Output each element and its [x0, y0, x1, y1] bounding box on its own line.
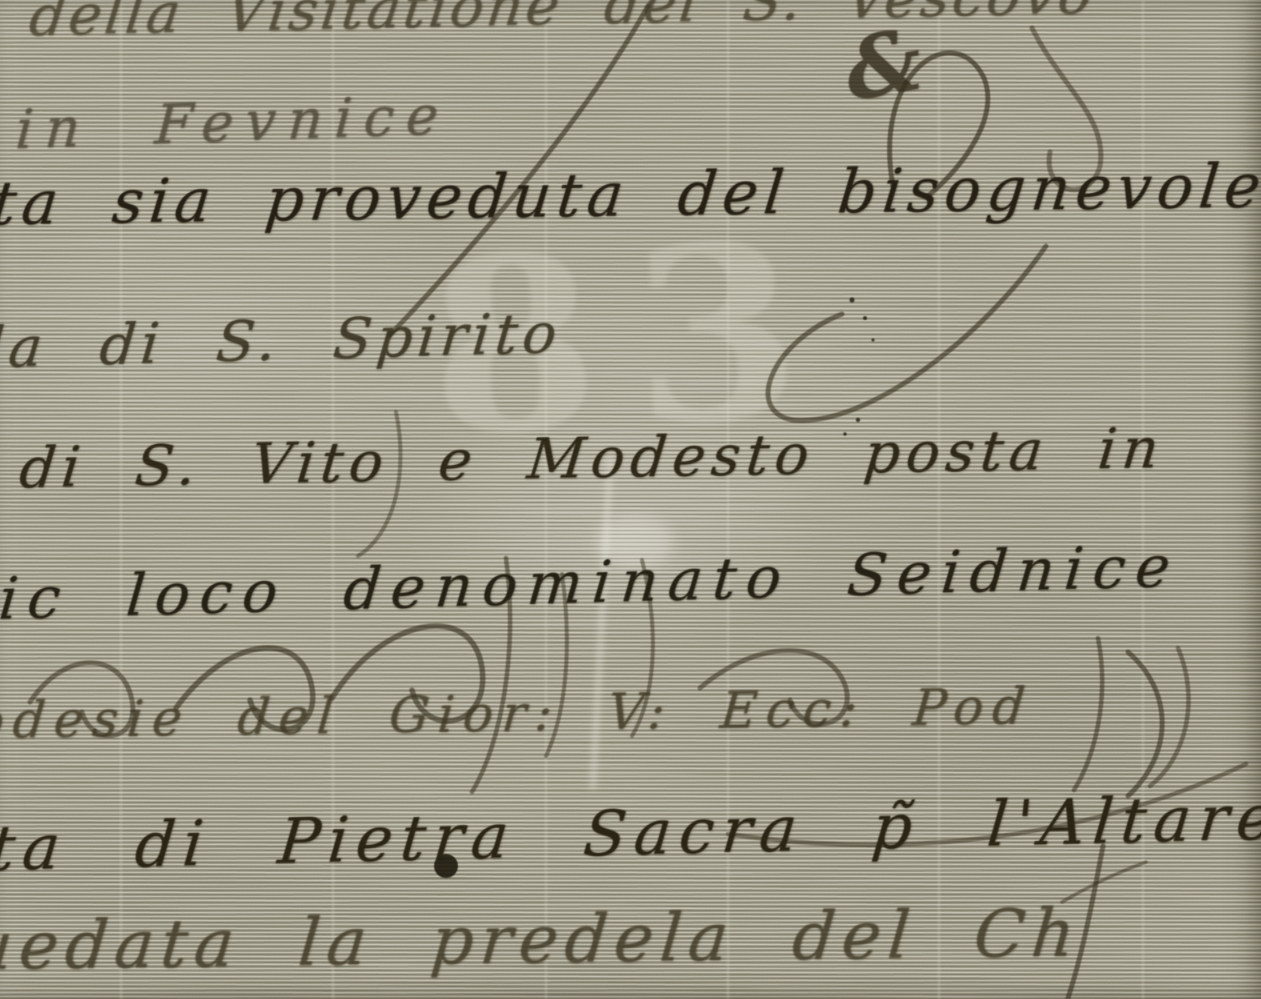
handwriting-line-10: uedata la predela del Ch: [0, 894, 1085, 985]
manuscript-page: 83 aj Joca Russ ave co: [0, 0, 1261, 999]
